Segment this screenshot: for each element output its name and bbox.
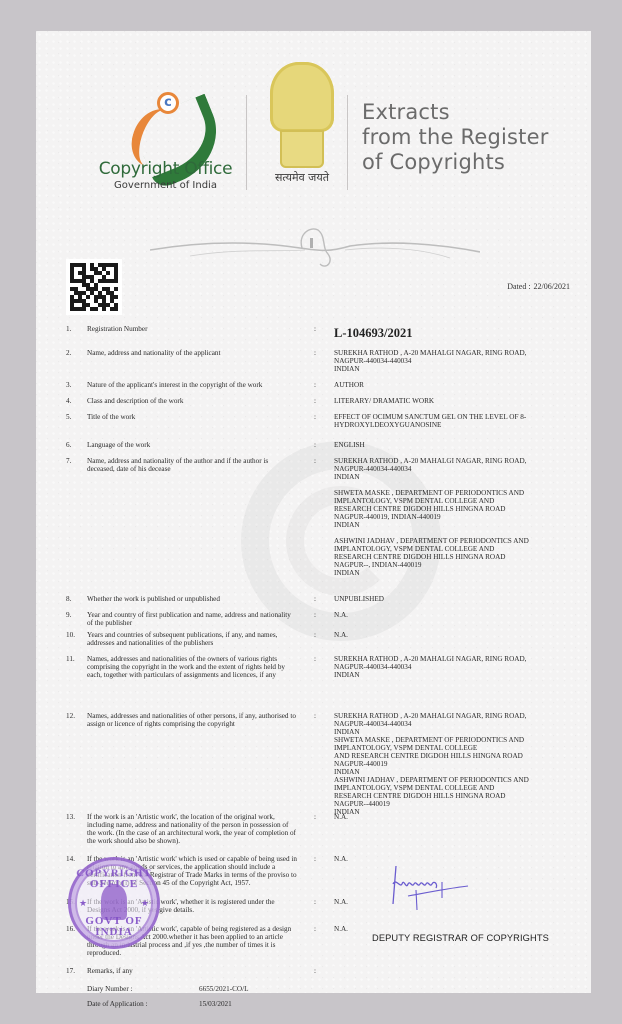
value-line: IMPLANTOLOGY, VSPM DENTAL COLLEGE AND [334, 497, 569, 505]
row-label: Name, address and nationality of the aut… [87, 457, 297, 473]
value-line: IMPLANTOLOGY, VSPM DENTAL COLLEGE [334, 744, 569, 752]
header-divider [347, 95, 348, 190]
value-line: IMPLANTOLOGY, VSPM DENTAL COLLEGE AND [334, 784, 569, 792]
office-name: Copyright Office [93, 160, 238, 178]
copyright-office-logo: c Copyright Office Government of India [93, 88, 233, 193]
lion-capital-icon [270, 62, 334, 132]
value-line: INDIAN [334, 671, 569, 679]
row-separator: : [314, 655, 316, 663]
value-line: SHWETA MASKE , DEPARTMENT OF PERIODONTIC… [334, 736, 569, 744]
star-icon: ★ [79, 898, 87, 909]
qr-code[interactable] [66, 259, 122, 315]
row-value: EFFECT OF OCIMUM SANCTUM GEL ON THE LEVE… [334, 413, 569, 429]
office-subtitle: Government of India [93, 180, 238, 191]
header-divider [246, 95, 247, 190]
signature-icon [390, 862, 480, 912]
row-separator: : [314, 413, 316, 421]
copyright-office-stamp: COPYRIGHT OFFICE ★ ★ GOVT OF INDIA [68, 857, 160, 949]
value-line: NAGPUR--, INDIAN-440019 [334, 561, 569, 569]
value-line: RESEARCH CENTRE DIGDOH HILLS HINGNA ROAD [334, 505, 569, 513]
national-emblem: सत्यमेव जयते [262, 62, 342, 192]
row-label: Nature of the applicant's interest in th… [87, 381, 297, 389]
value-line: LITERARY/ DRAMATIC WORK [334, 397, 569, 405]
row-separator: : [314, 349, 316, 357]
value-line: NAGPUR-440034-440034 [334, 720, 569, 728]
value-line: RESEARCH CENTRE DIGDOH HILLS HINGNA ROAD [334, 792, 569, 800]
value-line: EFFECT OF OCIMUM SANCTUM GEL ON THE LEVE… [334, 413, 569, 421]
value-line: N.A. [334, 925, 569, 933]
star-icon: ★ [141, 898, 149, 909]
row-number: 17. [66, 967, 82, 975]
value-line: INDIAN [334, 365, 569, 373]
row-value: SUREKHA RATHOD , A-20 MAHALGI NAGAR, RIN… [334, 655, 569, 679]
row-value: SUREKHA RATHOD , A-20 MAHALGI NAGAR, RIN… [334, 349, 569, 373]
row-number: 7. [66, 457, 82, 465]
row-label: Class and description of the work [87, 397, 297, 405]
value-line: SUREKHA RATHOD , A-20 MAHALGI NAGAR, RIN… [334, 655, 569, 663]
row-label: Year and country of first publication an… [87, 611, 297, 627]
row-label: Names, addresses and nationalities of th… [87, 655, 297, 679]
row-value: SUREKHA RATHOD , A-20 MAHALGI NAGAR, RIN… [334, 457, 569, 577]
row-number: 14. [66, 855, 82, 863]
value-line: HYDROXYLDEOXYGUANOSINE [334, 421, 569, 429]
application-date-label: Date of Application : [87, 1000, 147, 1008]
value-line: ASHWINI JADHAV , DEPARTMENT OF PERIODONT… [334, 776, 569, 784]
row-number: 1. [66, 325, 82, 333]
registration-number: L-104693/2021 [334, 327, 569, 340]
row-value: N.A. [334, 611, 569, 619]
value-line: SHWETA MASKE , DEPARTMENT OF PERIODONTIC… [334, 489, 569, 497]
row-separator: : [314, 397, 316, 405]
value-line: NAGPUR-440019, INDIAN-440019 [334, 513, 569, 521]
row-label: Language of the work [87, 441, 297, 449]
application-date-row: Date of Application : 15/03/2021 [87, 1000, 147, 1008]
row-separator: : [314, 898, 316, 906]
row-label: Title of the work [87, 413, 297, 421]
row-number: 13. [66, 813, 82, 821]
row-separator: : [314, 967, 316, 975]
diary-number-row: Diary Number : 6655/2021-CO/L [87, 985, 133, 993]
value-line: ENGLISH [334, 441, 569, 449]
value-line: NAGPUR-440034-440034 [334, 357, 569, 365]
row-separator: : [314, 631, 316, 639]
row-number: 11. [66, 655, 82, 663]
value-line: RESEARCH CENTRE DIGDOH HILLS HINGNA ROAD [334, 553, 569, 561]
value-line: ASHWINI JADHAV , DEPARTMENT OF PERIODONT… [334, 537, 569, 545]
row-number: 3. [66, 381, 82, 389]
decorative-ornament-icon [150, 218, 480, 268]
value-line: AND RESEARCH CENTRE DIGDOH HILLS HINGNA … [334, 752, 569, 760]
row-value: SUREKHA RATHOD , A-20 MAHALGI NAGAR, RIN… [334, 712, 569, 816]
value-line: NAGPUR-440019 [334, 760, 569, 768]
value-line: N.A. [334, 631, 569, 639]
row-separator: : [314, 855, 316, 863]
row-number: 8. [66, 595, 82, 603]
row-separator: : [314, 611, 316, 619]
row-separator: : [314, 712, 316, 720]
row-value: ENGLISH [334, 441, 569, 449]
row-value: L-104693/2021 [334, 325, 569, 338]
qr-code-pattern [70, 263, 118, 311]
emblem-pillar-icon [280, 130, 324, 168]
row-separator: : [314, 325, 316, 333]
value-line: INDIAN [334, 569, 569, 577]
row-number: 5. [66, 413, 82, 421]
signatory-title: DEPUTY REGISTRAR OF COPYRIGHTS [372, 933, 549, 943]
row-value: N.A. [334, 813, 569, 821]
row-value: AUTHOR [334, 381, 569, 389]
row-label: Registration Number [87, 325, 297, 333]
value-line: SUREKHA RATHOD , A-20 MAHALGI NAGAR, RIN… [334, 349, 569, 357]
row-label: If the work is an 'Artistic work', the l… [87, 813, 297, 845]
row-separator: : [314, 813, 316, 821]
application-date-value: 15/03/2021 [199, 1000, 232, 1008]
row-value: N.A. [334, 925, 569, 933]
diary-number-value: 6655/2021-CO/L [199, 985, 249, 993]
row-label: Years and countries of subsequent public… [87, 631, 297, 647]
copyright-c-icon: c [157, 92, 179, 114]
value-line: NAGPUR-440034-440034 [334, 663, 569, 671]
value-line: INDIAN [334, 473, 569, 481]
value-line: NAGPUR-440034-440034 [334, 465, 569, 473]
row-number: 12. [66, 712, 82, 720]
row-separator: : [314, 441, 316, 449]
row-number: 10. [66, 631, 82, 639]
value-line: IMPLANTOLOGY, VSPM DENTAL COLLEGE AND [334, 545, 569, 553]
value-line: INDIAN [334, 728, 569, 736]
document-title: Extracts from the Register of Copyrights [362, 100, 562, 175]
row-value: LITERARY/ DRAMATIC WORK [334, 397, 569, 405]
row-separator: : [314, 381, 316, 389]
row-number: 6. [66, 441, 82, 449]
row-value: UNPUBLISHED [334, 595, 569, 603]
value-line: AUTHOR [334, 381, 569, 389]
row-label: Remarks, if any [87, 967, 297, 975]
row-separator: : [314, 595, 316, 603]
stamp-bottom-text: GOVT OF INDIA [71, 916, 157, 938]
value-line: UNPUBLISHED [334, 595, 569, 603]
row-number: 2. [66, 349, 82, 357]
row-number: 9. [66, 611, 82, 619]
value-line: INDIAN [334, 521, 569, 529]
row-label: Whether the work is published or unpubli… [87, 595, 297, 603]
diary-number-label: Diary Number : [87, 985, 133, 993]
row-label: Names, addresses and nationalities of ot… [87, 712, 297, 728]
row-label: Name, address and nationality of the app… [87, 349, 297, 357]
row-separator: : [314, 457, 316, 465]
date-issued: Dated :22/06/2021 [504, 282, 570, 291]
row-value: N.A. [334, 631, 569, 639]
value-line: INDIAN [334, 768, 569, 776]
emblem-motto: सत्यमेव जयते [256, 172, 348, 184]
value-line: NAGPUR--440019 [334, 800, 569, 808]
row-separator: : [314, 925, 316, 933]
value-line: N.A. [334, 813, 569, 821]
value-line: SUREKHA RATHOD , A-20 MAHALGI NAGAR, RIN… [334, 712, 569, 720]
row-number: 4. [66, 397, 82, 405]
value-line: N.A. [334, 611, 569, 619]
value-line: SUREKHA RATHOD , A-20 MAHALGI NAGAR, RIN… [334, 457, 569, 465]
